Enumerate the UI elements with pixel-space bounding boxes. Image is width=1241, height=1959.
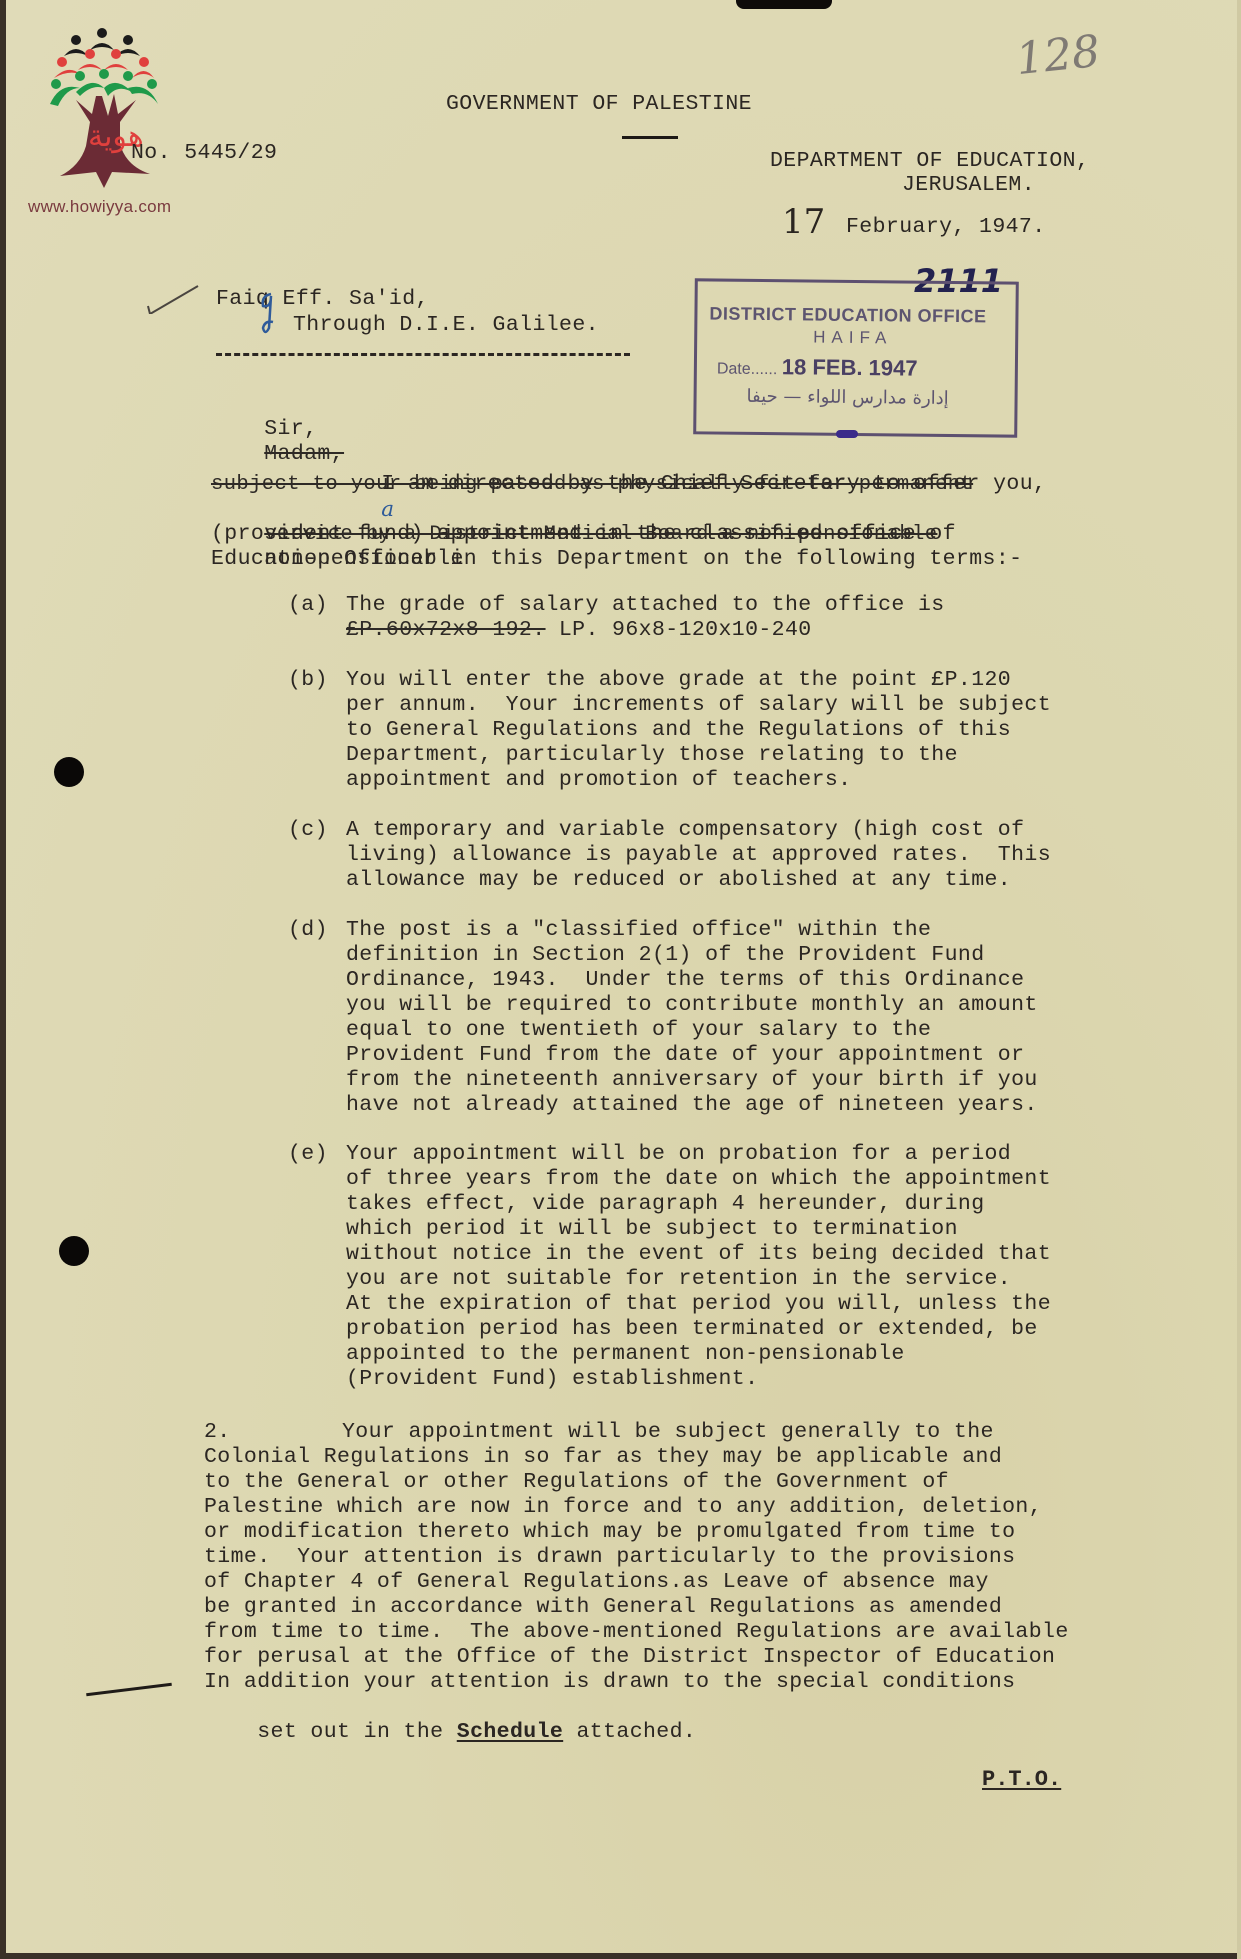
term-label: (b) bbox=[288, 668, 328, 693]
letter-page: هوية www.howiyya.com GOVERNMENT OF PALES… bbox=[6, 0, 1237, 1953]
struck-old-grade: £P.60x72x8-192. bbox=[346, 618, 546, 642]
term-line: A temporary and variable compensatory (h… bbox=[346, 818, 1024, 843]
stamp-date: Date...... 18 FEB. 1947 bbox=[717, 354, 918, 382]
margin-pen-mark bbox=[86, 1683, 172, 1696]
term-line: equal to one twentieth of your salary to… bbox=[346, 1018, 931, 1043]
term-line: appointed to the permanent non-pensionab… bbox=[346, 1342, 905, 1367]
term-line: probation period has been terminated or … bbox=[346, 1317, 1038, 1342]
new-grade: LP. 96x8-120x10-240 bbox=[546, 618, 812, 642]
term-line: per annum. Your increments of salary wil… bbox=[346, 693, 1051, 718]
term-line: Department, particularly those relating … bbox=[346, 743, 958, 768]
term-line: Provident Fund from the date of your app… bbox=[346, 1043, 1024, 1068]
scan-bottom-border bbox=[0, 1953, 1241, 1959]
term-line: definition in Section 2(1) of the Provid… bbox=[346, 943, 985, 968]
term-line: have not already attained the age of nin… bbox=[346, 1093, 1038, 1118]
watermark-url: www.howiyya.com bbox=[28, 197, 171, 217]
punch-hole-lower bbox=[59, 1236, 89, 1266]
date-day-handwritten: 17 bbox=[782, 202, 825, 242]
term-line: to General Regulations and the Regulatio… bbox=[346, 718, 1011, 743]
scan-right-border bbox=[1237, 0, 1241, 1959]
salutation-sir: Sir, bbox=[264, 417, 317, 441]
term-line: Your appointment will be on probation fo… bbox=[346, 1142, 1011, 1167]
term-line: The post is a "classified office" within… bbox=[346, 918, 931, 943]
term-label: (c) bbox=[288, 818, 328, 843]
term-label: (d) bbox=[288, 918, 328, 943]
term-line: which period it will be subject to termi… bbox=[346, 1217, 958, 1242]
paragraph-2-line: Palestine which are now in force and to … bbox=[204, 1495, 1042, 1520]
struck-line-1: subject to your being passed as physical… bbox=[211, 472, 973, 497]
intro-line-3: (provident fund) appointment in the clas… bbox=[211, 522, 956, 547]
letter-date: February, 1947. bbox=[846, 215, 1046, 240]
intro-line-4: Education Officer in this Department on … bbox=[211, 547, 1022, 572]
howiyya-tree-logo-icon: هوية bbox=[46, 26, 196, 196]
last-line-post: attached. bbox=[563, 1720, 696, 1744]
term-line: At the expiration of that period you wil… bbox=[346, 1292, 1051, 1317]
paragraph-2-line: or modification thereto which may be pro… bbox=[204, 1520, 1015, 1545]
term-line: you are not suitable for retention in th… bbox=[346, 1267, 1011, 1292]
term-line: appointment and promotion of teachers. bbox=[346, 768, 851, 793]
term-line: of three years from the date on which th… bbox=[346, 1167, 1051, 1192]
stamp-city: HAIFA bbox=[813, 328, 892, 349]
term-line: you will be required to contribute month… bbox=[346, 993, 1038, 1018]
stamp-arabic: إدارة مدارس اللواء — حيفا bbox=[746, 386, 948, 409]
paragraph-2-line: of Chapter 4 of General Regulations.as L… bbox=[204, 1570, 989, 1595]
stamp-date-label: Date...... bbox=[717, 361, 778, 379]
term-label: (e) bbox=[288, 1142, 328, 1167]
paragraph-2-last-line: set out in the Schedule attached. bbox=[204, 1695, 696, 1770]
handwritten-q-correction-icon bbox=[259, 288, 277, 338]
title-rule bbox=[622, 136, 678, 139]
paragraph-2-line: to the General or other Regulations of t… bbox=[204, 1470, 949, 1495]
salary-grade-line: £P.60x72x8-192. LP. 96x8-120x10-240 bbox=[346, 618, 812, 643]
department-city: JERUSALEM. bbox=[902, 173, 1035, 198]
paragraph-2-line: be granted in accordance with General Re… bbox=[204, 1595, 1002, 1620]
paragraph-2-line: In addition your attention is drawn to t… bbox=[204, 1670, 1015, 1695]
term-line: takes effect, vide paragraph 4 hereunder… bbox=[346, 1192, 985, 1217]
reference-number: No. 5445/29 bbox=[131, 141, 277, 166]
district-education-office-stamp: DISTRICT EDUCATION OFFICE HAIFA Date....… bbox=[693, 278, 1019, 437]
checkmark-icon bbox=[144, 284, 200, 314]
paragraph-2-line: from time to time. The above-mentioned R… bbox=[204, 1620, 1069, 1645]
folio-number: 128 bbox=[1014, 26, 1103, 85]
department-name: DEPARTMENT OF EDUCATION, bbox=[770, 149, 1089, 174]
paragraph-2-line: Colonial Regulations in so far as they m… bbox=[204, 1445, 1002, 1470]
last-line-pre: set out in the bbox=[257, 1720, 457, 1744]
addressee-through: Through D.I.E. Galilee. bbox=[293, 313, 599, 338]
stamp-ink-blot bbox=[836, 430, 858, 438]
term-line: Ordinance, 1943. Under the terms of this… bbox=[346, 968, 1024, 993]
term-line: from the nineteenth anniversary of your … bbox=[346, 1068, 1038, 1093]
stamp-date-value: 18 FEB. 1947 bbox=[782, 354, 918, 380]
paragraph-2-line: for perusal at the Office of the Distric… bbox=[204, 1645, 1055, 1670]
addressee-separator bbox=[216, 353, 630, 356]
addressee-name: Faiq Eff. Sa'id, bbox=[216, 287, 429, 312]
binder-clip bbox=[736, 0, 832, 9]
term-line: allowance may be reduced or abolished at… bbox=[346, 868, 1011, 893]
term-line: You will enter the above grade at the po… bbox=[346, 668, 1011, 693]
term-line: (Provident Fund) establishment. bbox=[346, 1367, 758, 1392]
government-title: GOVERNMENT OF PALESTINE bbox=[446, 92, 752, 117]
term-line: without notice in the event of its being… bbox=[346, 1242, 1051, 1267]
term-label: (a) bbox=[288, 593, 328, 618]
stamp-office: DISTRICT EDUCATION OFFICE bbox=[709, 303, 986, 327]
paragraph-2-line: time. Your attention is drawn particular… bbox=[204, 1545, 1015, 1570]
punch-hole-upper bbox=[54, 757, 84, 787]
term-line: living) allowance is payable at approved… bbox=[346, 843, 1051, 868]
please-turn-over: P.T.O. bbox=[982, 1767, 1061, 1792]
term-line: The grade of salary attached to the offi… bbox=[346, 593, 945, 618]
schedule-reference: Schedule bbox=[457, 1720, 563, 1744]
paragraph-2-first-line: Your appointment will be subject general… bbox=[342, 1420, 994, 1445]
paragraph-2-number: 2. bbox=[204, 1420, 231, 1445]
